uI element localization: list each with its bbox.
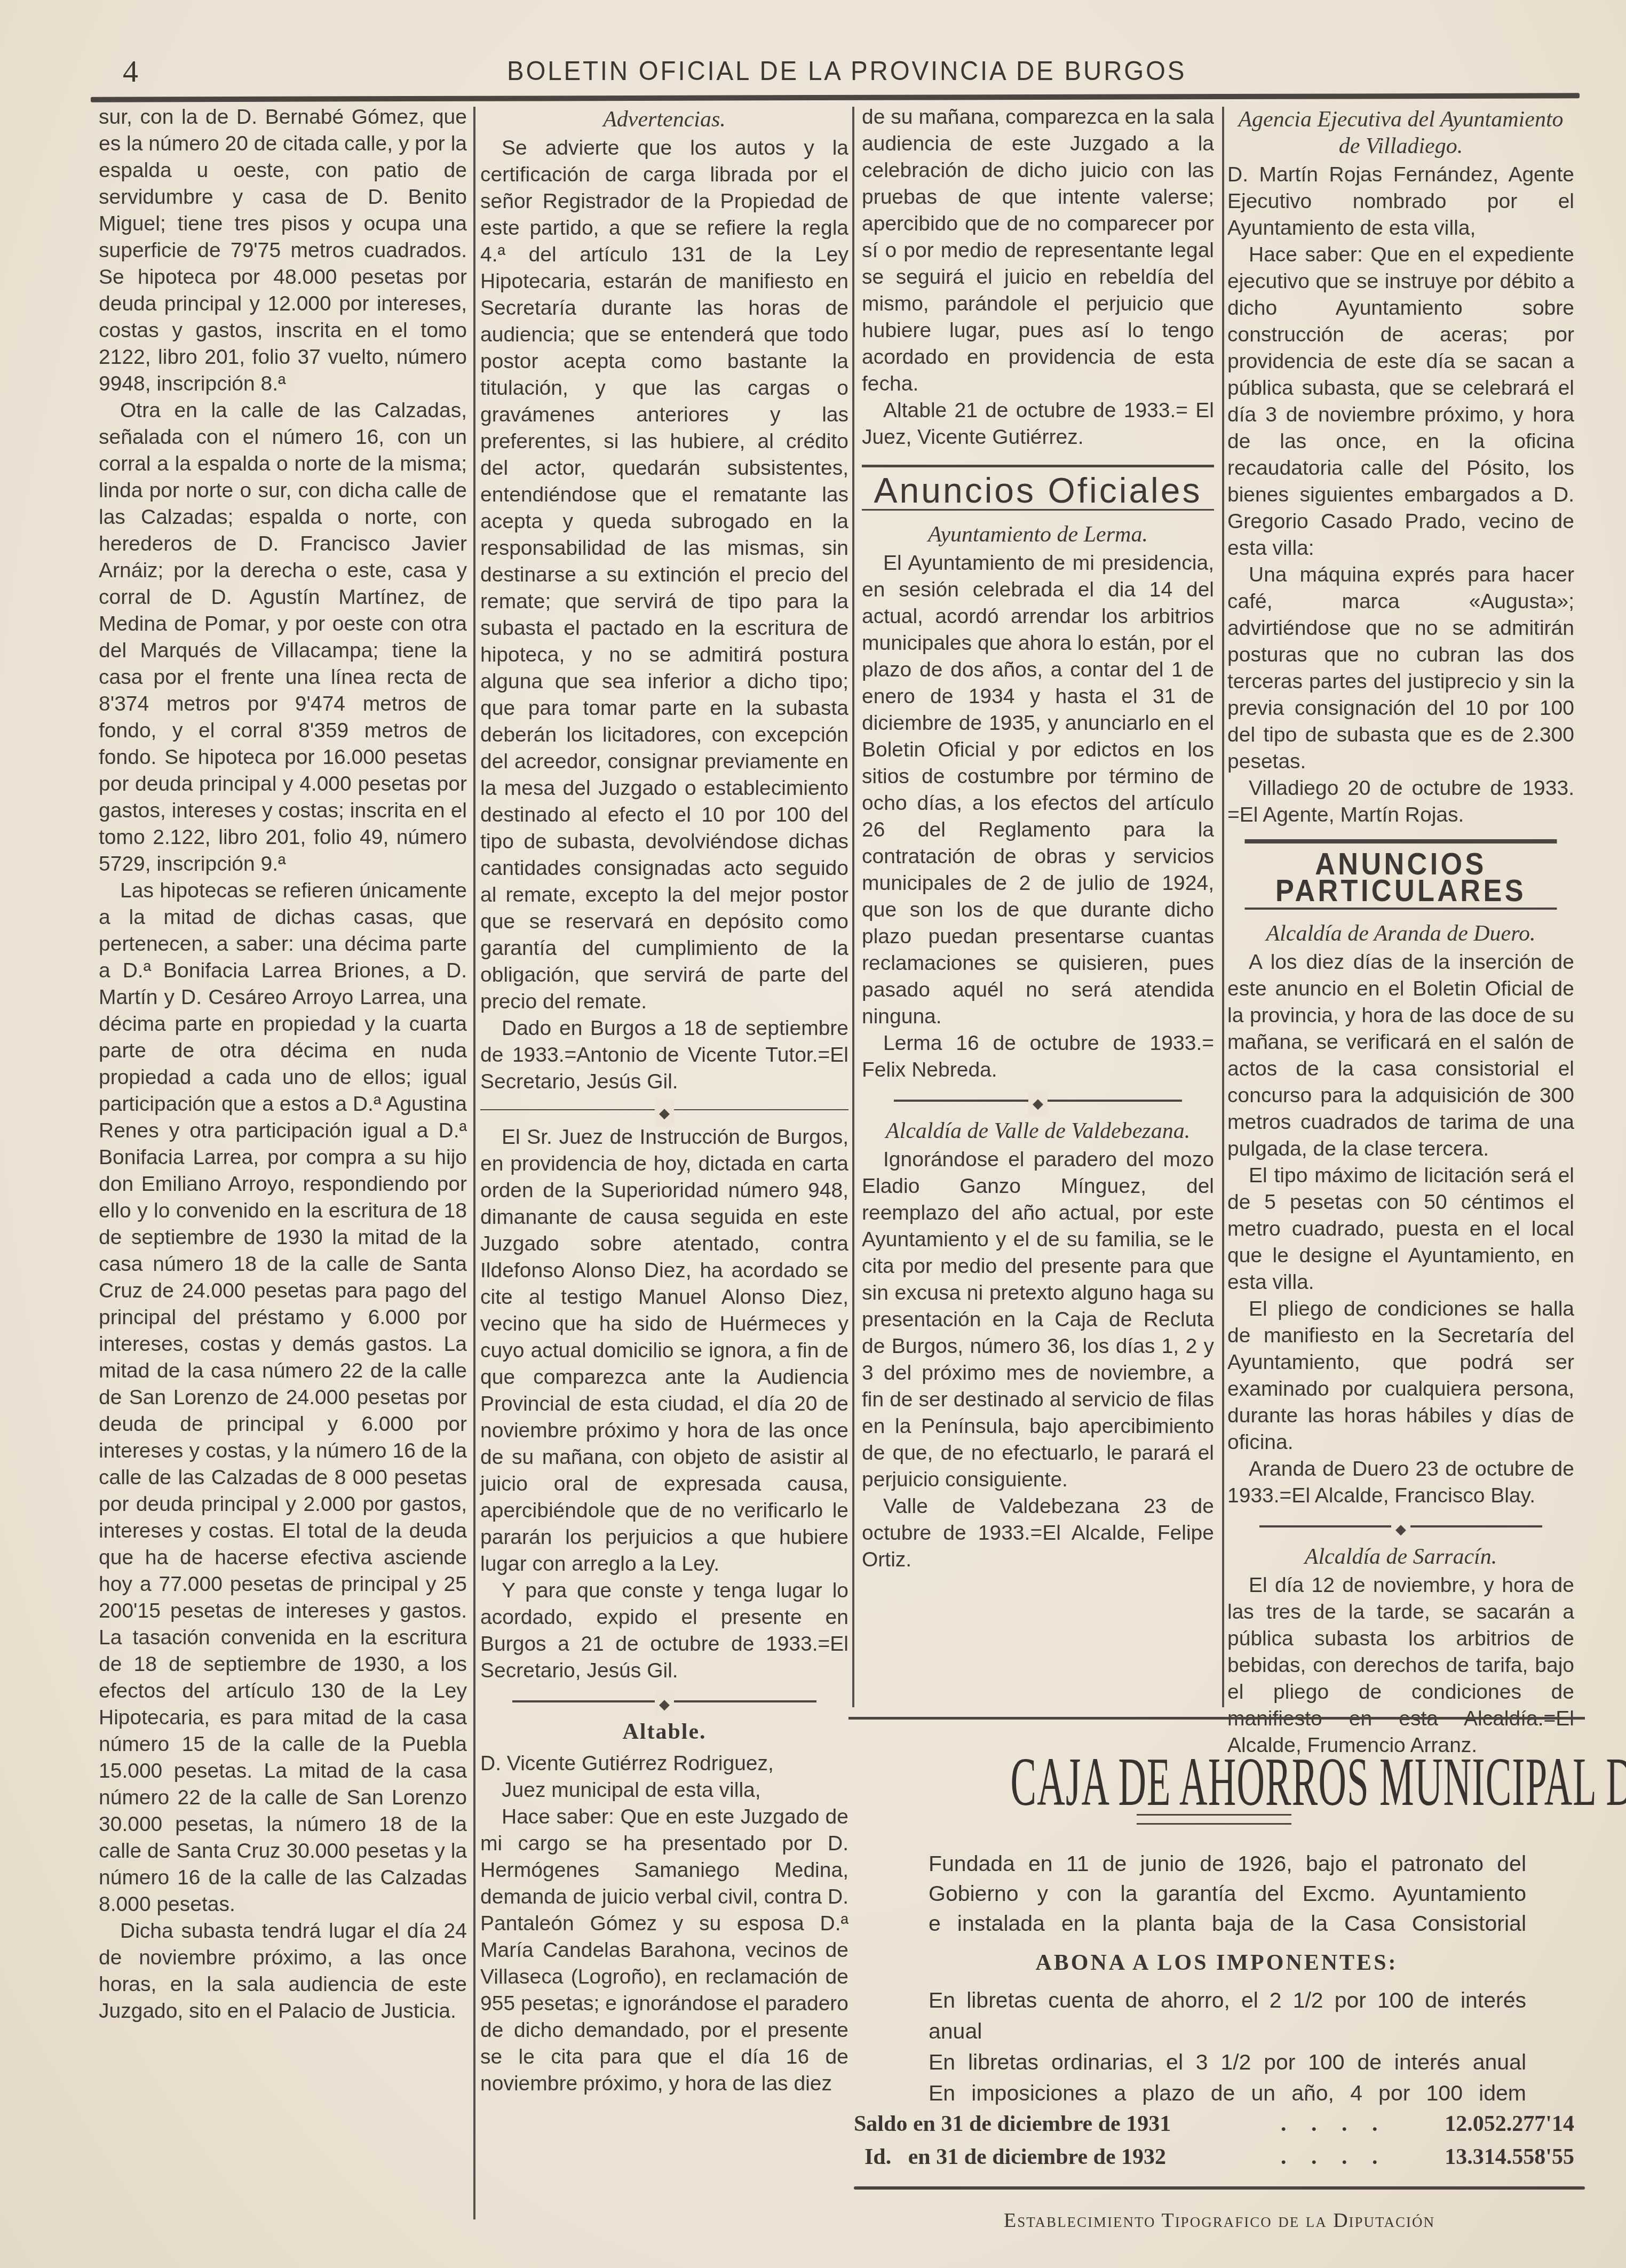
section-subtitle: Agencia Ejecutiva del Ayuntamiento de Vi… (1227, 106, 1574, 160)
ad-intro-line: e instalada en la planta baja de la Casa… (929, 1908, 1526, 1938)
paragraph: Hace saber: Que en este Juzgado de mi ca… (480, 1804, 848, 2097)
paragraph: D. Vicente Gutiérrez Rodriguez, (480, 1750, 848, 1777)
balance-label: Saldo en 31 de diciembre de 1931 (854, 2107, 1171, 2140)
signature: Villadiego 20 de octubre de 1933. =El Ag… (1227, 775, 1574, 829)
column-divider (1222, 107, 1224, 1707)
signature: Valle de Valdebezana 23 de octubre de 19… (862, 1493, 1214, 1573)
section-subtitle: Alcaldía de Valle de Valdebezana. (862, 1118, 1214, 1144)
interest-rates: En libretas cuenta de ahorro, el 2 1/2 p… (929, 1985, 1526, 2108)
rate-line: En libretas cuenta de ahorro, el 2 1/2 p… (929, 1985, 1526, 2047)
paragraph: Las hipotecas se refieren únicamente a l… (99, 878, 467, 1918)
paragraph: D. Martín Rojas Fernández, Agente Ejecut… (1227, 162, 1574, 242)
section-subtitle: Alcaldía de Aranda de Duero. (1227, 920, 1574, 947)
signature: Lerma 16 de octubre de 1933.= Felix Nebr… (862, 1030, 1214, 1084)
divider (480, 1109, 848, 1110)
section-heading: ANUNCIOS PARTICULARES (1245, 839, 1557, 910)
ad-subheading: ABONA A LOS IMPONENTES: (848, 1950, 1585, 1976)
balance-table: Saldo en 31 de diciembre de 1931 . . . .… (854, 2107, 1585, 2174)
ad-intro: Fundada en 11 de junio de 1926, bajo el … (929, 1849, 1526, 1938)
ad-title: CAJA DE AHORROS MUNICIPAL DE BURGOS (1011, 1742, 1423, 1822)
signature: Altable 21 de octubre de 1933.= El Juez,… (862, 397, 1214, 451)
column-4: Agencia Ejecutiva del Ayuntamiento de Vi… (1227, 104, 1574, 1759)
column-divider (473, 107, 475, 2219)
newspaper-page: 4 BOLETIN OFICIAL DE LA PROVINCIA DE BUR… (0, 0, 1626, 2268)
rate-line: En imposiciones a plazo de un año, 4 por… (929, 2078, 1526, 2108)
balance-row: Id. en 31 de diciembre de 1932 . . . . 1… (854, 2140, 1585, 2174)
signature: Y para que conste y tenga lugar lo acord… (480, 1578, 848, 1684)
paragraph: Se advierte que los autos y la certifica… (480, 135, 848, 1015)
section-subtitle: Altable. (480, 1718, 848, 1745)
publication-title: BOLETIN OFICIAL DE LA PROVINCIA DE BURGO… (507, 55, 1186, 86)
leader-dots: . . . . (1281, 2107, 1387, 2140)
ornament-divider (894, 1100, 1182, 1102)
ad-intro-line: Fundada en 11 de junio de 1926, bajo el … (929, 1849, 1526, 1879)
paragraph: El Ayuntamiento de mi presidencia, en se… (862, 550, 1214, 1030)
paragraph: de su mañana, comparezca en la sala audi… (862, 104, 1214, 397)
ad-intro-line: Gobierno y con la garantía del Excmo. Ay… (929, 1879, 1526, 1908)
column-3: de su mañana, comparezca en la sala audi… (862, 104, 1214, 1573)
paragraph: El pliego de condiciones se halla de man… (1227, 1296, 1574, 1456)
paragraph: El Sr. Juez de Instrucción de Burgos, en… (480, 1124, 848, 1578)
printer-imprint: Establecimiento Tipografico de la Diputa… (854, 2209, 1585, 2232)
double-rule-ornament (1137, 1814, 1291, 1825)
balance-amount: 13.314.558'55 (1445, 2140, 1574, 2174)
paragraph: Hace saber: Que en el expediente ejecuti… (1227, 242, 1574, 562)
page-number: 4 (123, 53, 138, 89)
section-subtitle: Ayuntamiento de Lerma. (862, 521, 1214, 548)
paragraph: A los diez días de la inserción de este … (1227, 949, 1574, 1163)
section-heading: Anuncios Oficiales (862, 465, 1214, 511)
signature: Aranda de Duero 23 de octubre de 1933.=E… (1227, 1456, 1574, 1509)
bottom-rule (854, 2186, 1585, 2190)
section-subtitle: Alcaldía de Sarracín. (1227, 1543, 1574, 1570)
balance-label: Id. en 31 de diciembre de 1932 (864, 2140, 1166, 2174)
ad-top-rule (848, 1717, 1585, 1720)
balance-row: Saldo en 31 de diciembre de 1931 . . . .… (854, 2107, 1585, 2140)
ornament-divider (512, 1700, 816, 1702)
column-1: sur, con la de D. Bernabé Gómez, que es … (99, 104, 467, 2025)
rate-line: En libretas ordinarias, el 3 1/2 por 100… (929, 2047, 1526, 2078)
leader-dots: . . . . (1281, 2140, 1387, 2174)
paragraph: Otra en la calle de las Calzadas, señala… (99, 397, 467, 878)
paragraph: Una máquina exprés para hacer café, marc… (1227, 562, 1574, 775)
paragraph: sur, con la de D. Bernabé Gómez, que es … (99, 104, 467, 397)
paragraph: El tipo máximo de licitación será el de … (1227, 1163, 1574, 1296)
column-2: Advertencias. Se advierte que los autos … (480, 104, 848, 2097)
paragraph: Juez municipal de esta villa, (480, 1777, 848, 1804)
balance-amount: 12.052.277'14 (1445, 2107, 1574, 2140)
column-divider (852, 107, 854, 1707)
paragraph: Dicha subasta tendrá lugar el día 24 de … (99, 1918, 467, 2025)
paragraph: Ignorándose el paradero del mozo Eladio … (862, 1147, 1214, 1493)
savings-bank-ad: CAJA DE AHORROS MUNICIPAL DE BURGOS Fund… (848, 1721, 1585, 2035)
ornament-divider (1259, 1525, 1542, 1527)
section-subtitle: Advertencias. (480, 106, 848, 133)
signature: Dado en Burgos a 18 de septiembre de 193… (480, 1015, 848, 1095)
